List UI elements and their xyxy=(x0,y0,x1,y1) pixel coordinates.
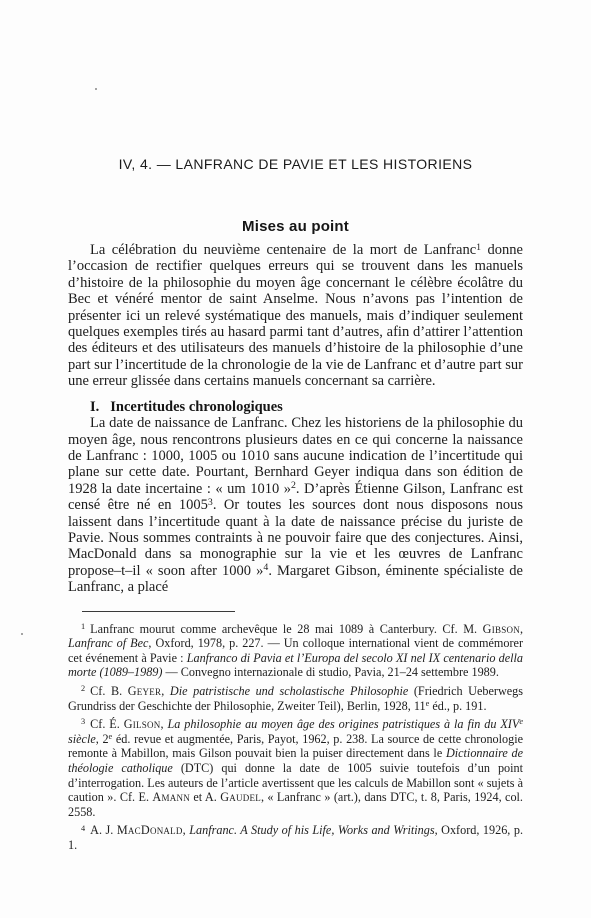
footnote-1: 1Lanfranc mourut comme archevêque le 28 … xyxy=(68,618,523,680)
section-heading: I.Incertitudes chronologiques xyxy=(90,399,523,416)
chapter-title: IV, 4. — LANFRANC DE PAVIE ET LES HISTOR… xyxy=(68,156,523,172)
footnote-4: 4A. J. MacDonald, Lanfranc. A Study of h… xyxy=(68,819,523,852)
page-content: IV, 4. — LANFRANC DE PAVIE ET LES HISTOR… xyxy=(68,0,523,853)
paragraph-1: La célébration du neuvième centenaire de… xyxy=(68,242,523,390)
scan-speck xyxy=(21,633,23,635)
scanned-page: IV, 4. — LANFRANC DE PAVIE ET LES HISTOR… xyxy=(0,0,591,918)
footnotes-block: 1Lanfranc mourut comme archevêque le 28 … xyxy=(68,618,523,853)
footnote-3: 3Cf. É. Gilson, La philosophie au moyen … xyxy=(68,713,523,819)
section-number: I. xyxy=(90,399,99,415)
footnote-2: 2Cf. B. Geyer, Die patristische und scho… xyxy=(68,680,523,713)
paragraph-2: La date de naissance de Lanfranc. Chez l… xyxy=(68,415,523,595)
section-title: Incertitudes chronologiques xyxy=(110,399,283,415)
footnote-separator xyxy=(82,611,235,612)
page-subtitle: Mises au point xyxy=(68,218,523,235)
